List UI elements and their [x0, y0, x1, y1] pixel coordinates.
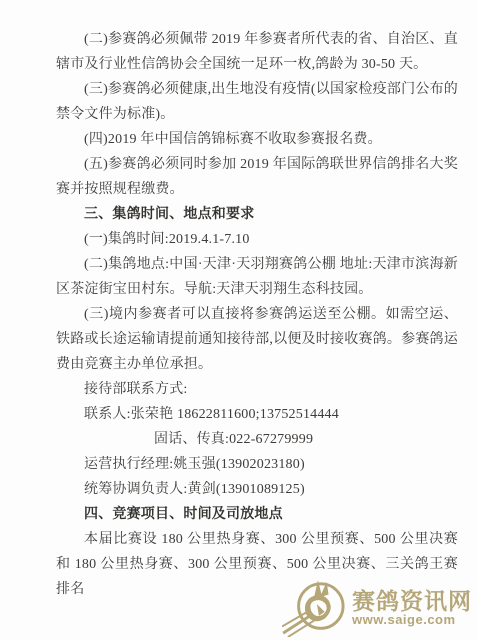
paragraph: 接待部联系方式:	[56, 377, 458, 402]
paragraph: 运营执行经理:姚玉强(13902023180)	[56, 452, 458, 477]
watermark-site-url: www.saige.com	[352, 613, 472, 627]
section-heading: 三、集鸽时间、地点和要求	[56, 202, 458, 227]
paragraph: (五)参赛鸽必须同时参加 2019 年国际鸽联世界信鸽排名大奖赛并按照规程缴费。	[56, 152, 458, 202]
paragraph: (三)参赛鸽必须健康,出生地没有疫情(以国家检疫部门公布的禁令文件为标准)。	[56, 77, 458, 127]
watermark-text: 赛鸽资讯网 www.saige.com	[352, 589, 472, 627]
section-heading: 四、竞赛项目、时间及司放地点	[56, 502, 458, 527]
paragraph: (四)2019 年中国信鸽锦标赛不收取参赛报名费。	[56, 127, 458, 152]
paragraph: (二)集鸽地点:中国·天津·天羽翔赛鸽公棚 地址:天津市滨海新区茶淀街宝田村东。…	[56, 252, 458, 302]
document-page: (二)参赛鸽必须佩带 2019 年参赛者所代表的省、自治区、直辖市及行业性信鸽协…	[0, 0, 477, 640]
paragraph: 联系人:张荣艳 18622811600;13752514444	[56, 402, 458, 427]
paragraph: 统筹协调负责人:黄剑(13901089125)	[56, 477, 458, 502]
watermark-site-name: 赛鸽资讯网	[352, 589, 472, 613]
paragraph: (一)集鸽时间:2019.4.1-7.10	[56, 227, 458, 252]
paragraph: (二)参赛鸽必须佩带 2019 年参赛者所代表的省、自治区、直辖市及行业性信鸽协…	[56, 27, 458, 77]
document-body: (二)参赛鸽必须佩带 2019 年参赛者所代表的省、自治区、直辖市及行业性信鸽协…	[56, 27, 458, 602]
paragraph: 固话、传真:022-67279999	[56, 427, 458, 452]
dove-logo-icon	[282, 579, 350, 637]
watermark: 赛鸽资讯网 www.saige.com	[282, 579, 472, 637]
paragraph: (三)境内参赛者可以直接将参赛鸽运送至公棚。如需空运、铁路或长途运输请提前通知接…	[56, 302, 458, 377]
